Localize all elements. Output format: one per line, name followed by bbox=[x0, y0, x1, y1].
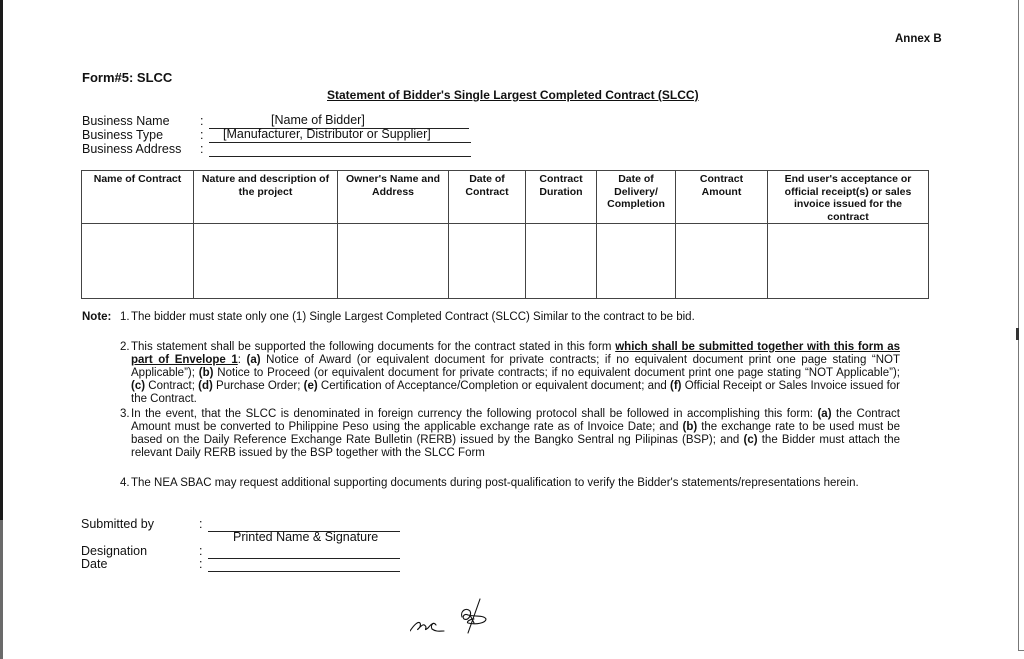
col-name-of-contract: Name of Contract bbox=[82, 171, 194, 224]
col-contract-amount: Contract Amount bbox=[676, 171, 768, 224]
page-right-border-foot bbox=[1018, 650, 1024, 651]
business-type-value: [Manufacturer, Distributor or Supplier] bbox=[223, 127, 431, 141]
col-date-of-delivery: Date of Delivery/ Completion bbox=[597, 171, 676, 224]
note-2-text: This statement shall be supported the fo… bbox=[120, 341, 900, 406]
notes-label: Note: bbox=[82, 311, 111, 324]
business-name-label: Business Name bbox=[82, 114, 170, 128]
date-field[interactable] bbox=[208, 557, 400, 572]
cell-date-of-delivery[interactable] bbox=[597, 224, 676, 299]
col-contract-duration: Contract Duration bbox=[526, 171, 597, 224]
col-end-user-acceptance: End user's acceptance or official receip… bbox=[768, 171, 929, 224]
cell-date-of-contract[interactable] bbox=[449, 224, 526, 299]
business-address-field[interactable] bbox=[209, 142, 471, 157]
annex-label: Annex B bbox=[895, 33, 942, 45]
business-address-label: Business Address bbox=[82, 142, 181, 156]
note-item-2: 2. This statement shall be supported the… bbox=[120, 341, 900, 406]
handwritten-initials-icon bbox=[410, 595, 530, 645]
page-edge-mark bbox=[1016, 328, 1019, 340]
designation-label: Designation bbox=[81, 544, 147, 558]
note-4-text: The NEA SBAC may request additional supp… bbox=[120, 477, 900, 490]
business-type-field[interactable]: [Manufacturer, Distributor or Supplier] bbox=[209, 128, 471, 143]
cell-end-user-acceptance[interactable] bbox=[768, 224, 929, 299]
cell-nature-description[interactable] bbox=[194, 224, 338, 299]
form-number: Form#5: SLCC bbox=[82, 70, 172, 85]
note-item-3: 3. In the event, that the SLCC is denomi… bbox=[120, 408, 900, 460]
cell-owner-name-address[interactable] bbox=[338, 224, 449, 299]
cell-contract-amount[interactable] bbox=[676, 224, 768, 299]
page-right-border bbox=[1018, 0, 1019, 650]
col-nature-description: Nature and description of the project bbox=[194, 171, 338, 224]
scan-left-border-lower bbox=[0, 520, 3, 659]
date-label: Date bbox=[81, 557, 107, 571]
slcc-table: Name of Contract Nature and description … bbox=[81, 170, 929, 299]
cell-contract-duration[interactable] bbox=[526, 224, 597, 299]
table-header-row: Name of Contract Nature and description … bbox=[82, 171, 929, 224]
submitted-by-label: Submitted by bbox=[81, 517, 154, 531]
note-1-text: The bidder must state only one (1) Singl… bbox=[120, 311, 900, 324]
note-item-4: 4. The NEA SBAC may request additional s… bbox=[120, 477, 900, 490]
cell-name-of-contract[interactable] bbox=[82, 224, 194, 299]
business-name-value: [Name of Bidder] bbox=[271, 113, 365, 127]
col-owner-name-address: Owner's Name and Address bbox=[338, 171, 449, 224]
note-item-1: 1. The bidder must state only one (1) Si… bbox=[120, 311, 900, 324]
table-row bbox=[82, 224, 929, 299]
business-type-label: Business Type bbox=[82, 128, 163, 142]
document-title: Statement of Bidder's Single Largest Com… bbox=[327, 88, 699, 102]
note-3-text: In the event, that the SLCC is denominat… bbox=[120, 408, 900, 460]
col-date-of-contract: Date of Contract bbox=[449, 171, 526, 224]
signature-caption: Printed Name & Signature bbox=[233, 530, 378, 544]
